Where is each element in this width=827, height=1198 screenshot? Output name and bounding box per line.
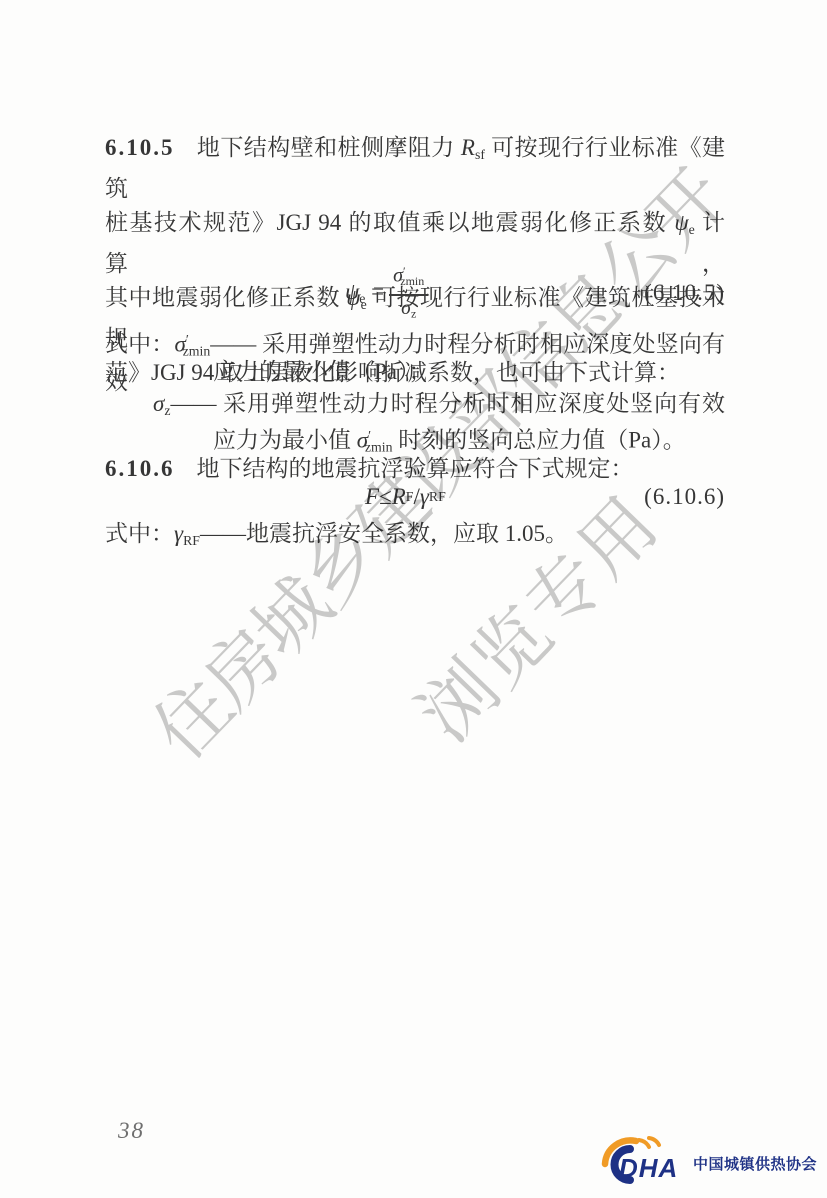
formula-6-10-6-expression: F≤RF/γRF [365,481,446,513]
logo-arc-small2-icon [649,1138,659,1145]
clause-6-10-5-text: 地下结构壁和桩侧摩阻力 Rsf 可按现行行业标准《建筑 [105,135,725,201]
clause-6-10-5-number: 6.10.5 [105,135,175,160]
cdha-logo-icon: DHA [598,1133,684,1185]
clause-6-10-6-text: 地下结构的地震抗浮验算应符合下式规定： [197,456,634,481]
page-content: 6.10.5地下结构壁和桩侧摩阻力 Rsf 可按现行行业标准《建筑 桩基技术规范… [105,131,725,691]
symbol-definition-sigma-zmin-cont: 应力的最小值（Pa）； [213,357,432,387]
logo-name: 中国城镇供热协会 [693,1153,817,1185]
formula-lhs: ψe = [345,279,384,307]
page-number: 38 [118,1118,145,1144]
symbol-definition-gamma-rf: 式中：γRF——地震抗浮安全系数，应取 1.05。 [105,519,568,556]
fraction: σ′zmin σz [389,259,428,327]
formula-6-10-5-number: (6.10.5) [644,280,725,306]
formula-6-10-6-number: (6.10.6) [644,484,725,510]
formula-6-10-6: F≤RF/γRF (6.10.6) [105,481,725,513]
logo-abbr: DHA [619,1153,678,1183]
clause-6-10-6-number: 6.10.6 [105,456,175,481]
document-page: 住房城乡建设部信息公开 浏览专用 6.10.5地下结构壁和桩侧摩阻力 Rsf 可… [0,0,827,1198]
formula-6-10-5: ψe = σ′zmin σz (6.10.5) [105,257,725,329]
fraction-denominator: σz [397,296,420,327]
logo-arc-small-icon [639,1140,649,1147]
formula-6-10-5-expression: ψe = σ′zmin σz [345,257,428,329]
clause-6-10-5-line1: 6.10.5地下结构壁和桩侧摩阻力 Rsf 可按现行行业标准《建筑 [105,131,725,206]
association-logo: DHA 中国城镇供热协会 [598,1133,817,1185]
fraction-numerator: σ′zmin [389,259,428,294]
